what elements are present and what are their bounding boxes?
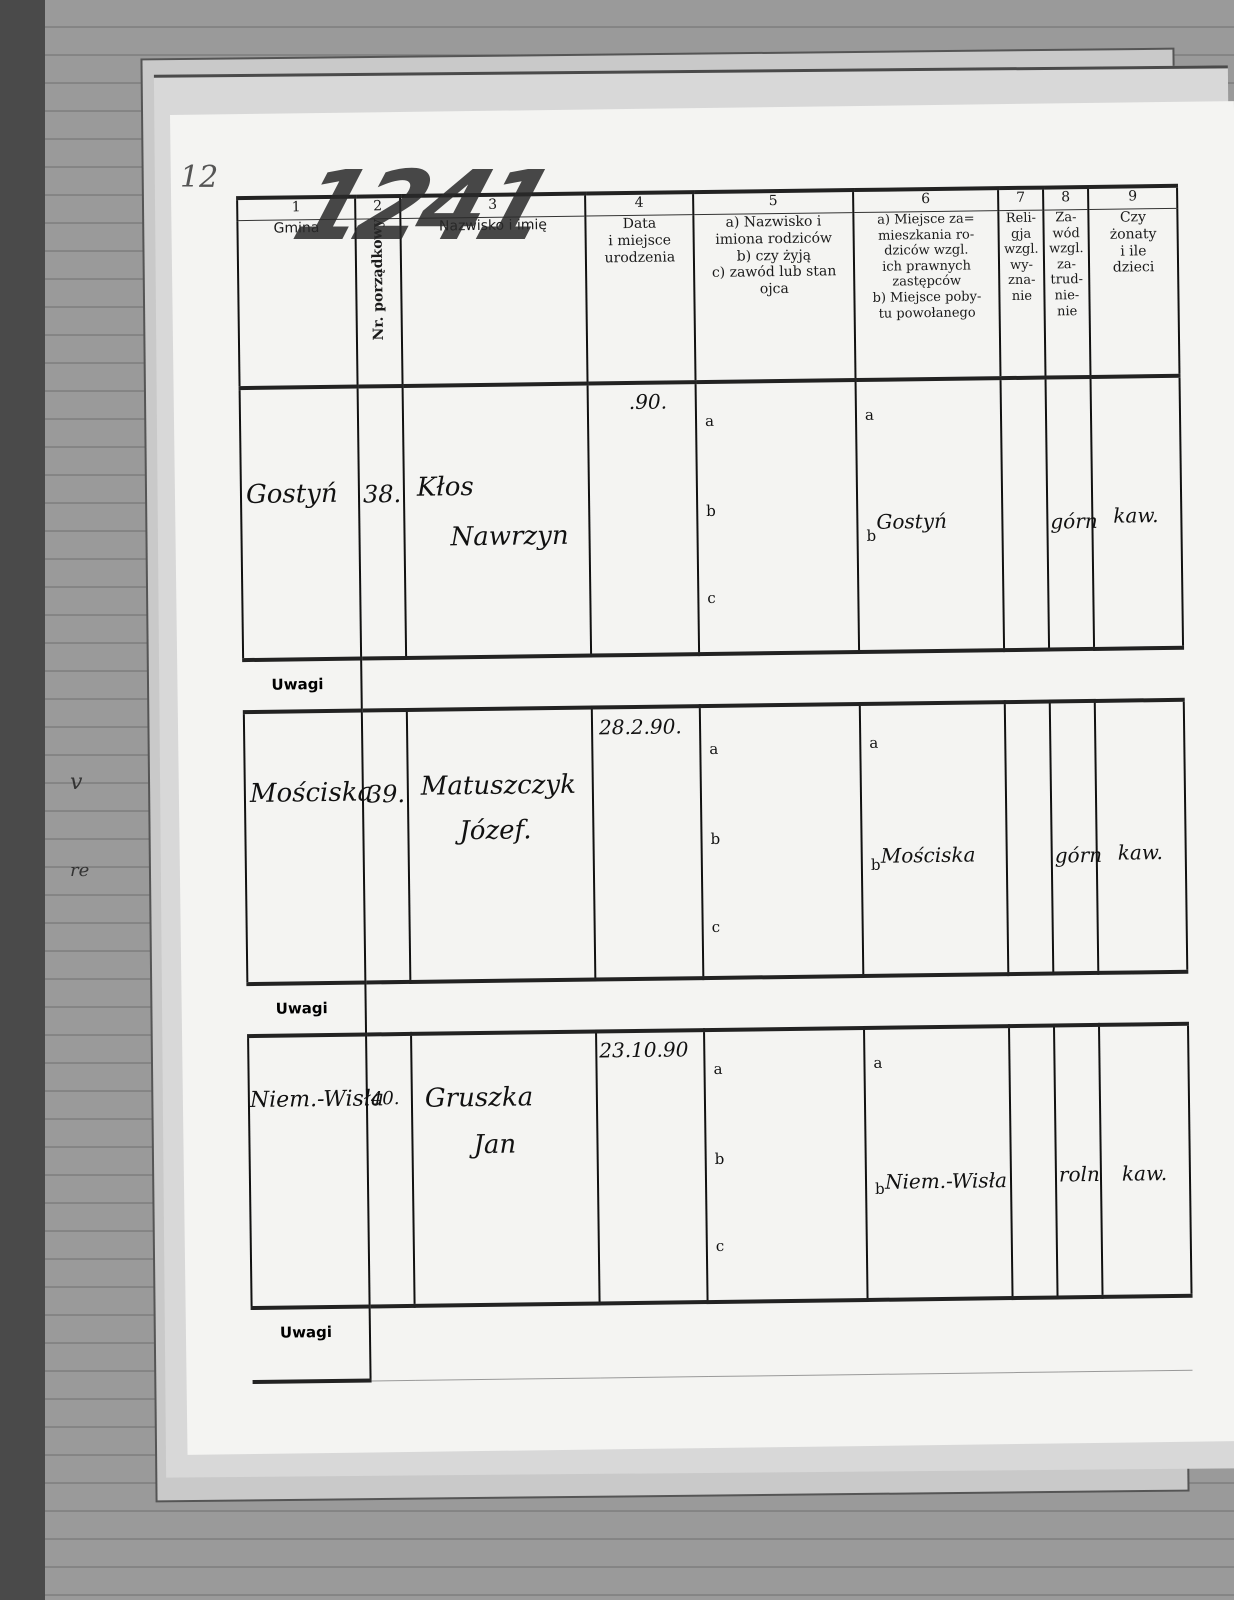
cell-birth: 23.10.90 xyxy=(596,1030,708,1303)
cell-parents: a b c xyxy=(700,704,864,978)
cell-residence: a b Gostyń xyxy=(856,378,1005,652)
remarks-row: Uwagi xyxy=(252,1296,1193,1382)
col-num: 6 xyxy=(853,188,998,212)
header-residence: a) Miejsce za=mieszkania ro-dziców wzgl.… xyxy=(853,211,1000,380)
header-married: Czyżonatyi iledzieci xyxy=(1088,208,1179,377)
col-num: 9 xyxy=(1088,186,1177,210)
conscription-register-table: 1 2 3 4 5 6 7 8 9 Gmina Nr. porządkowy N… xyxy=(236,184,1193,1384)
cell-birth: .90. xyxy=(588,382,700,655)
remarks-label: Uwagi xyxy=(243,659,362,713)
header-religion: Reli-gjawzgl.wy-zna-nie xyxy=(998,210,1045,378)
cell-name: Gruszka Jan xyxy=(411,1032,600,1306)
cell-married: kaw. xyxy=(1099,1024,1192,1297)
header-occupation: Za-wódwzgl.za-trud-nie-nie xyxy=(1043,209,1090,377)
col-num: 5 xyxy=(693,190,853,215)
col-num: 4 xyxy=(585,192,693,216)
cell-gmina: Gostyń xyxy=(240,387,362,661)
remarks-label: Uwagi xyxy=(247,983,366,1037)
header-birth: Datai miejsceurodzenia xyxy=(585,215,695,384)
cell-nr: 40. xyxy=(366,1034,415,1307)
cell-religion xyxy=(1009,1026,1058,1299)
cell-birth: 28.2.90. xyxy=(592,706,704,979)
col-num: 8 xyxy=(1043,187,1088,210)
cell-religion xyxy=(1005,702,1054,975)
cell-nr: 39. xyxy=(362,710,411,983)
archive-number: 1241 xyxy=(282,150,562,262)
remarks-label: Uwagi xyxy=(252,1306,371,1382)
cell-occupation: roln xyxy=(1054,1025,1103,1298)
cell-gmina: Niem.-Wisła xyxy=(248,1035,370,1309)
scan-dark-edge xyxy=(0,0,45,1600)
page-number: 12 xyxy=(180,160,218,195)
margin-mark: v xyxy=(70,770,82,795)
cell-married: kaw. xyxy=(1095,700,1188,973)
register-page: 1 2 3 4 5 6 7 8 9 Gmina Nr. porządkowy N… xyxy=(170,101,1234,1455)
cell-religion xyxy=(1001,378,1050,651)
cell-occupation: górn xyxy=(1050,701,1099,974)
col-num: 7 xyxy=(998,188,1043,211)
register-entry: Mościska 39. Matuszczyk Józef. 28.2.90. … xyxy=(244,700,1187,984)
cell-residence: a b Niem.-Wisła xyxy=(864,1026,1013,1300)
margin-mark: re xyxy=(70,860,89,881)
cell-name: Kłos Nawrzyn xyxy=(403,384,592,658)
cell-name: Matuszczyk Józef. xyxy=(407,708,596,982)
cell-occupation: górn xyxy=(1046,377,1095,650)
header-parents: a) Nazwisko iimiona rodzicówb) czy żyjąc… xyxy=(693,213,855,383)
remarks-field xyxy=(370,1296,1193,1381)
cell-nr: 38. xyxy=(358,386,407,659)
cell-parents: a b c xyxy=(704,1028,868,1302)
register-entry: Niem.-Wisła 40. Gruszka Jan 23.10.90 a b… xyxy=(248,1024,1191,1308)
cell-parents: a b c xyxy=(696,380,860,654)
cell-residence: a b Mościska xyxy=(860,702,1009,976)
cell-gmina: Mościska xyxy=(244,711,366,985)
cell-married: kaw. xyxy=(1091,376,1184,649)
register-entry: Gostyń 38. Kłos Nawrzyn .90. a b c a b G… xyxy=(240,376,1183,660)
